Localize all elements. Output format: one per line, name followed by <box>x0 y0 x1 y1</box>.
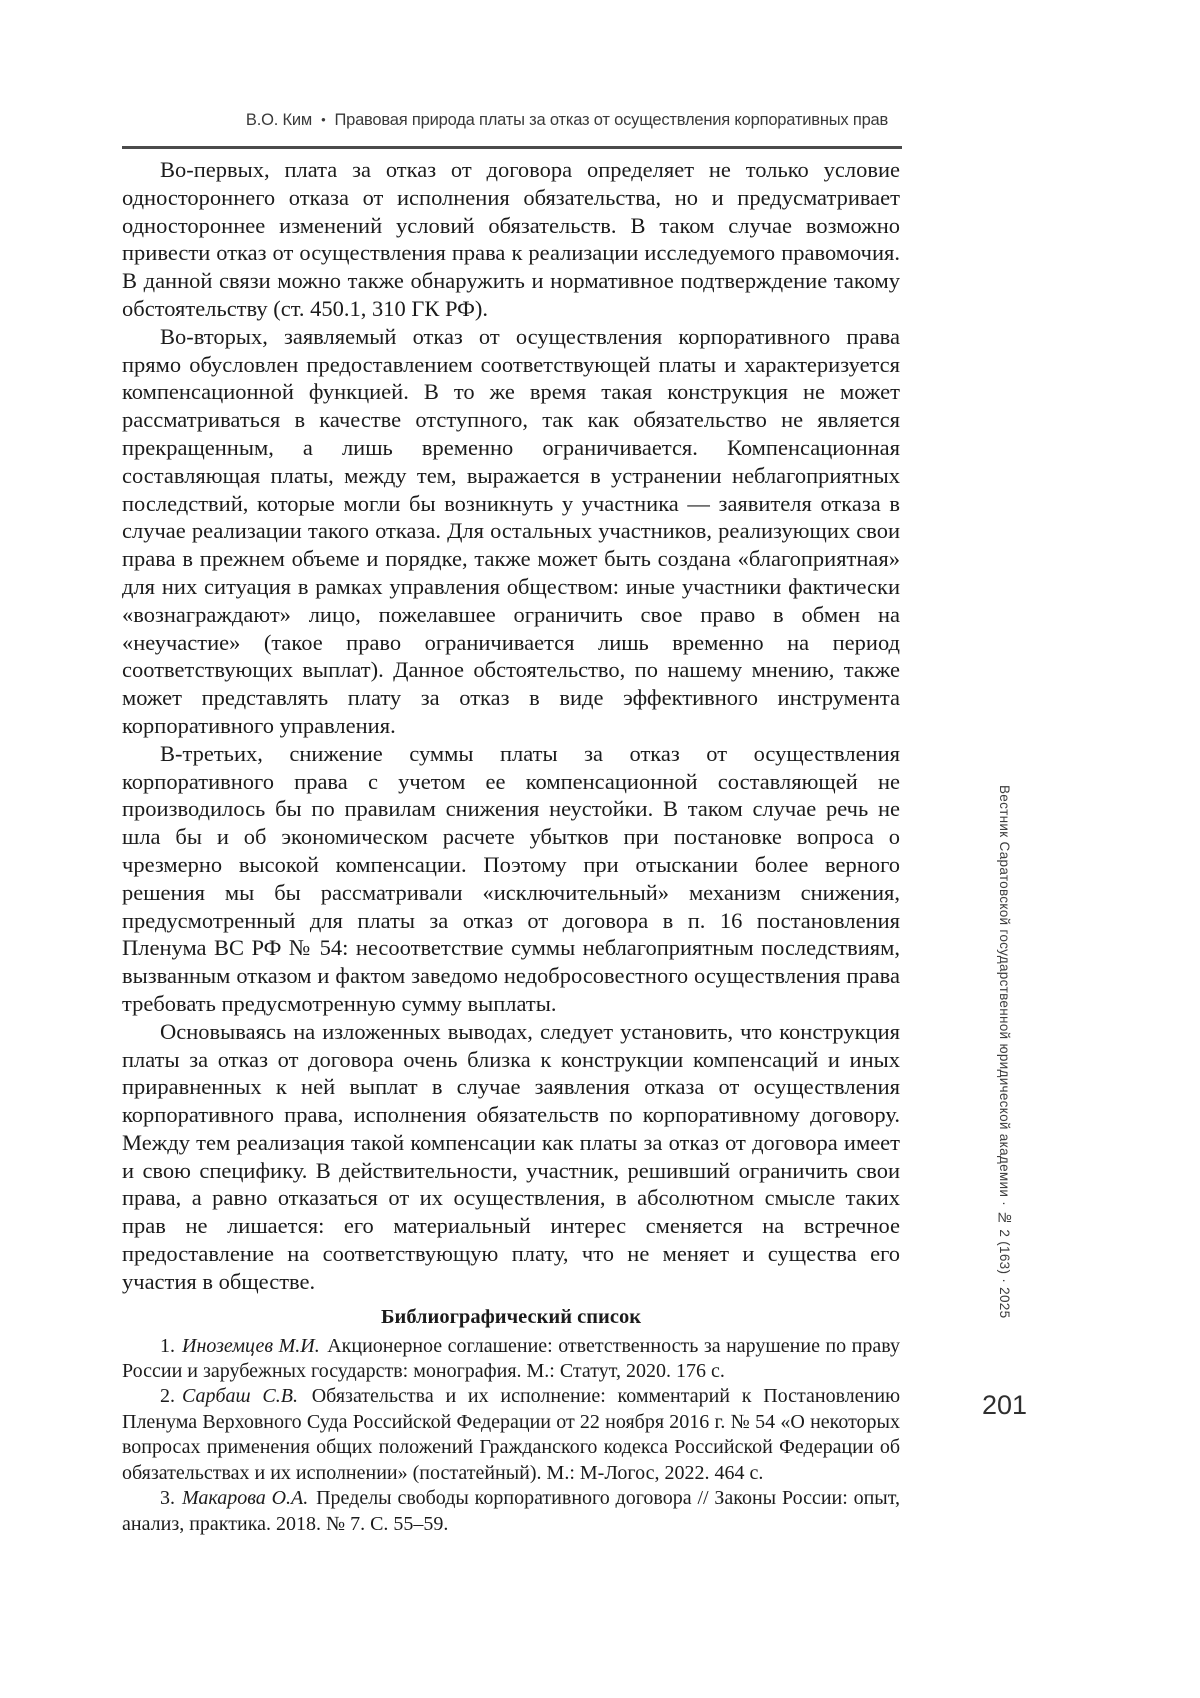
journal-page: В.О. Ким•Правовая природа платы за отказ… <box>0 0 1200 1698</box>
bibliography-item-number: 1. <box>160 1335 175 1357</box>
body-paragraph: Во-вторых, заявляемый отказ от осуществл… <box>122 323 900 740</box>
bibliography-item-number: 2. <box>160 1385 175 1407</box>
body-paragraph: Во-первых, плата за отказ от договора оп… <box>122 156 900 323</box>
bibliography-item-author: Иноземцев М.И. <box>182 1335 320 1357</box>
running-header: В.О. Ким•Правовая природа платы за отказ… <box>178 111 956 130</box>
bibliography-item: 1.Иноземцев М.И. Акционерное соглашение:… <box>122 1334 900 1385</box>
bibliography-item-author: Сарбаш С.В. <box>182 1385 298 1407</box>
article-body: Во-первых, плата за отказ от договора оп… <box>122 156 900 1537</box>
page-number: 201 <box>982 1390 1027 1421</box>
journal-sidebar-text: Вестник Саратовской государственной юрид… <box>997 785 1012 1318</box>
running-header-title: Правовая природа платы за отказ от осуще… <box>334 111 888 129</box>
bibliography-item: 3.Макарова О.А. Пределы свободы корпорат… <box>122 1486 900 1537</box>
body-paragraph: В-третьих, снижение суммы платы за отказ… <box>122 740 900 1018</box>
bibliography-heading: Библиографический список <box>122 1305 900 1329</box>
header-rule <box>122 146 902 149</box>
bibliography-item: 2.Сарбаш С.В. Обязательства и их исполне… <box>122 1384 900 1486</box>
bullet-separator-icon: • <box>321 112 325 127</box>
body-paragraph: Основываясь на изложенных выводах, следу… <box>122 1018 900 1296</box>
bibliography-item-author: Макарова О.А. <box>182 1487 308 1509</box>
running-header-author: В.О. Ким <box>246 111 312 129</box>
bibliography-item-number: 3. <box>160 1487 175 1509</box>
